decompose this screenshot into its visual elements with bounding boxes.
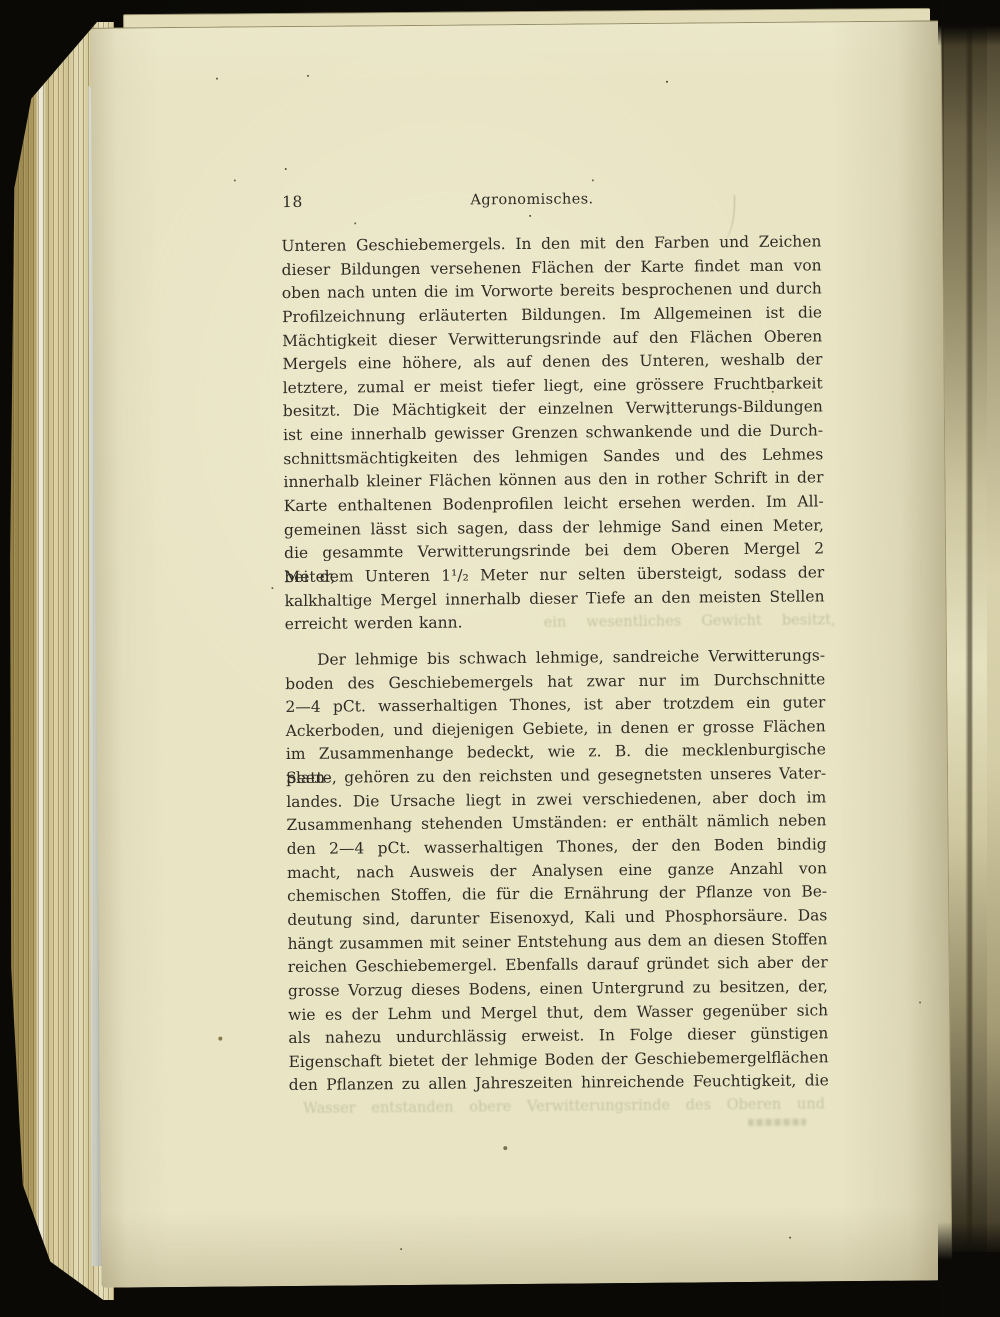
text-line: kalkhaltige Mergel innerhalb dieser Tief… xyxy=(284,585,824,613)
paragraph: Der lehmige bis schwach lehmige, sandrei… xyxy=(285,644,829,1098)
showthrough-text-mid: ein wesentliches Gewicht besitzt, xyxy=(544,612,836,631)
paper-specks xyxy=(91,29,93,31)
background-shadow-bottom xyxy=(938,1222,1000,1317)
showthrough-text-bottom: Wasser entstanden obere Verwitterungsrin… xyxy=(303,1096,825,1117)
text-block: Unteren Geschiebemergels. In den mit den… xyxy=(281,230,829,1098)
book-page: 18 Agronomisches. Unteren Geschiebemerge… xyxy=(91,20,953,1287)
paragraph: Unteren Geschiebemergels. In den mit den… xyxy=(281,230,824,637)
showthrough-signature-smudge xyxy=(748,1119,806,1127)
next-page-sliver xyxy=(987,26,1000,1252)
scanned-book-photo: 18 Agronomisches. Unteren Geschiebemerge… xyxy=(0,0,1000,1317)
running-title: Agronomisches. xyxy=(282,190,782,210)
background-shadow-top xyxy=(938,0,1000,46)
right-page-edges xyxy=(942,26,1000,1252)
text-line: den Pflanzen zu allen Jahreszeiten hinre… xyxy=(289,1070,829,1098)
